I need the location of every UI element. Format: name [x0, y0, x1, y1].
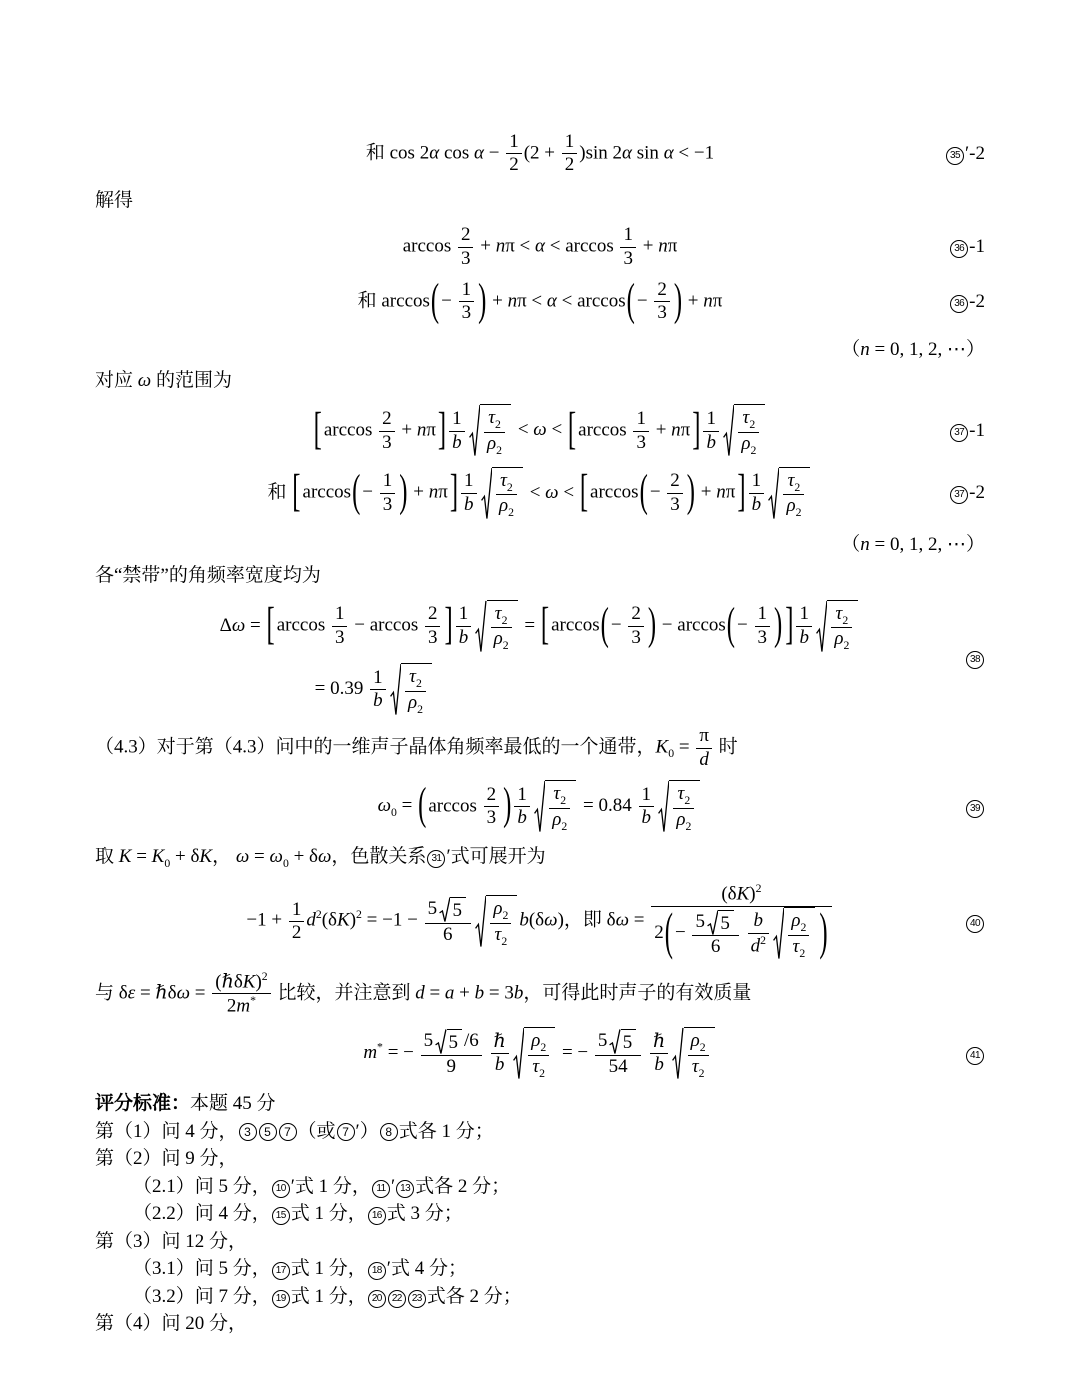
circled-equation-number: 3 — [239, 1123, 257, 1141]
circled-equation-number: 16 — [368, 1207, 386, 1225]
equation-number-tag: 36-1 — [949, 236, 985, 258]
equation-row: m* = − 55/69 ℏbρ2τ2 = − 5554 ℏbρ2τ241 — [95, 1027, 985, 1080]
condition-note: （n = 0, 1, 2, ⋯） — [95, 529, 985, 556]
paragraph: 各“禁带”的角频率宽度均为 — [95, 561, 985, 590]
scoring-line: 第（1）问 4 分，357（或7′）8式各 1 分； — [95, 1118, 985, 1146]
fraction: 5554 — [595, 1029, 641, 1078]
equation: Δω = [arccos 13 − arccos 23]1bτ2ρ2 = [ar… — [95, 600, 985, 717]
circled-equation-number: 37 — [950, 486, 968, 504]
circled-equation-number: 11 — [372, 1180, 390, 1198]
radical-sign: 5 — [435, 1029, 462, 1054]
fraction: τ2ρ2 — [783, 470, 804, 520]
fraction: 1b — [703, 408, 719, 454]
equation: −1 + 12d2(δK)2 = −1 − 556ρ2τ2b(δω)，即 δω … — [95, 882, 985, 960]
circled-equation-number: 23 — [408, 1290, 426, 1308]
scoring-line: （3.1）问 5 分，17式 1 分，18′式 4 分； — [95, 1255, 985, 1283]
fraction: 1b — [796, 603, 812, 649]
bracket-group: (− 13) — [726, 603, 783, 649]
circled-equation-number: 18 — [368, 1262, 386, 1280]
circled-equation-number: 10 — [272, 1180, 290, 1198]
circled-equation-number: 19 — [272, 1290, 290, 1308]
circled-equation-number: 41 — [966, 1047, 984, 1065]
fraction: 556 — [425, 897, 471, 946]
fraction: 23 — [458, 224, 474, 270]
scoring-title: 评分标准：本题 45 分 — [95, 1090, 985, 1118]
scoring-line: （3.2）问 7 分，19式 1 分，202223式各 2 分； — [95, 1283, 985, 1311]
bracket-group: (− 13) — [430, 279, 487, 325]
fraction: 1b — [749, 470, 765, 516]
bracket-group: [arccos 13 + nπ] — [567, 408, 702, 454]
fraction: ℏb — [650, 1031, 668, 1077]
bracket-group: (− 13) — [351, 470, 408, 516]
equation-number-tag: 37-2 — [949, 482, 985, 504]
equation-number-tag: 37-1 — [949, 420, 985, 442]
fraction: 12 — [506, 131, 522, 177]
scoring-line: （2.1）问 5 分，10′式 1 分，11′13式各 2 分； — [95, 1173, 985, 1201]
fraction: 1b — [514, 784, 530, 830]
fraction: (δK)22(− 556 bd2ρ2τ2) — [651, 882, 831, 960]
radical-sign: τ2ρ2 — [390, 663, 432, 716]
fraction: 12 — [289, 899, 305, 945]
fraction: 1b — [461, 470, 477, 516]
bracket-group: (− 23) — [626, 279, 683, 325]
radical-sign: τ2ρ2 — [816, 600, 858, 653]
paragraph: （4.3）对于第（4.3）问中的一维声子晶体角频率最低的一个通带，K0 = πd… — [95, 725, 985, 771]
radical-sign: τ2ρ2 — [723, 404, 765, 457]
equation: 和 arccos(− 13) + nπ < α < arccos(− 23) +… — [95, 279, 985, 325]
fraction: 23 — [425, 603, 441, 649]
document-body: 和 cos 2α cos α − 12(2 + 12)sin 2α sin α … — [95, 131, 985, 1338]
fraction: 13 — [332, 603, 348, 649]
equation-row: 和 cos 2α cos α − 12(2 + 12)sin 2α sin α … — [95, 131, 985, 177]
circled-equation-number: 40 — [966, 915, 984, 933]
equation-row: [arccos 23 + nπ]1bτ2ρ2 < ω < [arccos 13 … — [95, 404, 985, 457]
radical-sign: τ2ρ2 — [768, 467, 810, 520]
fraction: τ2ρ2 — [491, 603, 512, 653]
fraction: ρ2τ2 — [528, 1030, 549, 1080]
fraction: τ2ρ2 — [484, 407, 505, 457]
equation: [arccos 23 + nπ]1bτ2ρ2 < ω < [arccos 13 … — [95, 404, 985, 457]
circled-equation-number: 7 — [337, 1123, 355, 1141]
equation-row: 和 [arccos(− 13) + nπ]1bτ2ρ2 < ω < [arcco… — [95, 467, 985, 520]
circled-equation-number: 38 — [966, 651, 984, 669]
bracket-group: [arccos 23 + nπ] — [313, 408, 448, 454]
fraction: 23 — [484, 784, 500, 830]
equation: m* = − 55/69 ℏbρ2τ2 = − 5554 ℏbρ2τ2 — [95, 1027, 985, 1080]
scoring-line: 第（3）问 12 分， — [95, 1228, 985, 1256]
fraction: τ2ρ2 — [496, 470, 517, 520]
fraction: 23 — [628, 603, 644, 649]
equation-number-tag: 41 — [965, 1043, 985, 1065]
circled-equation-number: 8 — [380, 1123, 398, 1141]
circled-equation-number: 31 — [427, 850, 445, 868]
fraction: 55/69 — [421, 1029, 482, 1078]
fraction: 1b — [449, 408, 465, 454]
circled-equation-number: 36 — [950, 295, 968, 313]
circled-equation-number: 17 — [272, 1262, 290, 1280]
fraction: 13 — [380, 470, 396, 516]
fraction: 13 — [620, 224, 636, 270]
equation-row: arccos 23 + nπ < α < arccos 13 + nπ36-1 — [95, 224, 985, 270]
fraction: τ2ρ2 — [831, 603, 852, 653]
paragraph: 取 K = K0 + δK， ω = ω0 + δω，色散关系31′式可展开为 — [95, 842, 985, 873]
bracket-group: [arccos(− 23) − arccos(− 13)] — [540, 603, 795, 649]
fraction: ρ2τ2 — [490, 898, 511, 948]
fraction: 13 — [459, 279, 475, 325]
fraction: ρ2τ2 — [688, 1030, 709, 1080]
circled-equation-number: 7 — [279, 1123, 297, 1141]
fraction: 13 — [633, 408, 649, 454]
circled-equation-number: 15 — [272, 1207, 290, 1225]
bracket-group: (− 556 bd2ρ2τ2) — [664, 907, 829, 960]
circled-equation-number: 35 — [946, 147, 964, 165]
equation-row: ω0 = (arccos 23)1bτ2ρ2 = 0.84 1bτ2ρ239 — [95, 780, 985, 833]
fraction: 23 — [667, 470, 683, 516]
equation: 和 [arccos(− 13) + nπ]1bτ2ρ2 < ω < [arcco… — [95, 467, 985, 520]
circled-equation-number: 13 — [396, 1180, 414, 1198]
fraction: (ℏδK)22m* — [212, 970, 270, 1018]
equation-number-tag: 35′-2 — [945, 143, 985, 165]
fraction: 12 — [562, 131, 578, 177]
radical-sign: τ2ρ2 — [534, 780, 576, 833]
circled-equation-number: 20 — [368, 1290, 386, 1308]
fraction: 1b — [456, 603, 472, 649]
equation-number-tag: 40 — [965, 911, 985, 933]
scoring-line: （2.2）问 4 分，15式 1 分，16式 3 分； — [95, 1200, 985, 1228]
equation-number-tag: 39 — [965, 796, 985, 818]
equation-row: −1 + 12d2(δK)2 = −1 − 556ρ2τ2b(δω)，即 δω … — [95, 882, 985, 960]
paragraph: 与 δε = ℏδω = (ℏδK)22m* 比较，并注意到 d = a + b… — [95, 970, 985, 1018]
fraction: 13 — [755, 603, 771, 649]
circled-equation-number: 39 — [966, 800, 984, 818]
circled-equation-number: 36 — [950, 240, 968, 258]
radical-sign: τ2ρ2 — [469, 404, 511, 457]
radical-sign: ρ2τ2 — [475, 895, 517, 948]
bracket-group: (arccos 23) — [417, 784, 512, 830]
scoring-line: 第（4）问 20 分， — [95, 1310, 985, 1338]
radical-sign: 5 — [439, 897, 466, 922]
circled-equation-number: 37 — [950, 424, 968, 442]
fraction: 1b — [370, 667, 386, 713]
radical-sign: ρ2τ2 — [672, 1027, 714, 1080]
bracket-group: [arccos(− 13) + nπ] — [291, 470, 459, 516]
fraction: τ2ρ2 — [673, 783, 694, 833]
radical-sign: τ2ρ2 — [658, 780, 700, 833]
fraction: πd — [696, 725, 712, 771]
fraction: 556 — [692, 910, 738, 959]
equation-line: = 0.39 1bτ2ρ2 — [315, 663, 861, 716]
radical-sign: ρ2τ2 — [773, 907, 815, 960]
circled-equation-number: 5 — [259, 1123, 277, 1141]
fraction: bd2 — [748, 910, 769, 957]
radical-sign: ρ2τ2 — [513, 1027, 555, 1080]
fraction: τ2ρ2 — [405, 666, 426, 716]
fraction: τ2ρ2 — [738, 407, 759, 457]
radical-sign: τ2ρ2 — [481, 467, 523, 520]
fraction: 23 — [379, 408, 395, 454]
fraction: ρ2τ2 — [788, 910, 809, 960]
fraction: ℏb — [491, 1031, 509, 1077]
document-page: 和 cos 2α cos α − 12(2 + 12)sin 2α sin α … — [0, 0, 1080, 1338]
equation: arccos 23 + nπ < α < arccos 13 + nπ — [95, 224, 985, 270]
fraction: 23 — [654, 279, 670, 325]
fraction: τ2ρ2 — [549, 783, 570, 833]
equation-row: 和 arccos(− 13) + nπ < α < arccos(− 23) +… — [95, 279, 985, 325]
bracket-group: [arccos(− 23) + nπ] — [579, 470, 747, 516]
radical-sign: τ2ρ2 — [475, 600, 517, 653]
radical-sign: 5 — [609, 1029, 636, 1054]
equation-line: Δω = [arccos 13 − arccos 23]1bτ2ρ2 = [ar… — [220, 600, 861, 653]
condition-note: （n = 0, 1, 2, ⋯） — [95, 334, 985, 361]
equation-row: Δω = [arccos 13 − arccos 23]1bτ2ρ2 = [ar… — [95, 600, 985, 717]
equation: ω0 = (arccos 23)1bτ2ρ2 = 0.84 1bτ2ρ2 — [95, 780, 985, 833]
bracket-group: (− 23) — [600, 603, 657, 649]
fraction: 1b — [639, 784, 655, 830]
scoring-title-label: 评分标准： — [95, 1093, 190, 1114]
equation: 和 cos 2α cos α − 12(2 + 12)sin 2α sin α … — [95, 131, 985, 177]
paragraph: 对应 ω 的范围为 — [95, 366, 985, 395]
paragraph: 解得 — [95, 186, 985, 215]
radical-sign: 5 — [707, 910, 734, 935]
equation-number-tag: 36-2 — [949, 291, 985, 313]
circled-equation-number: 22 — [388, 1290, 406, 1308]
bracket-group: (− 23) — [639, 470, 696, 516]
scoring-line: 第（2）问 9 分， — [95, 1145, 985, 1173]
bracket-group: [arccos 13 − arccos 23] — [265, 603, 453, 649]
equation-number-tag: 38 — [965, 647, 985, 669]
